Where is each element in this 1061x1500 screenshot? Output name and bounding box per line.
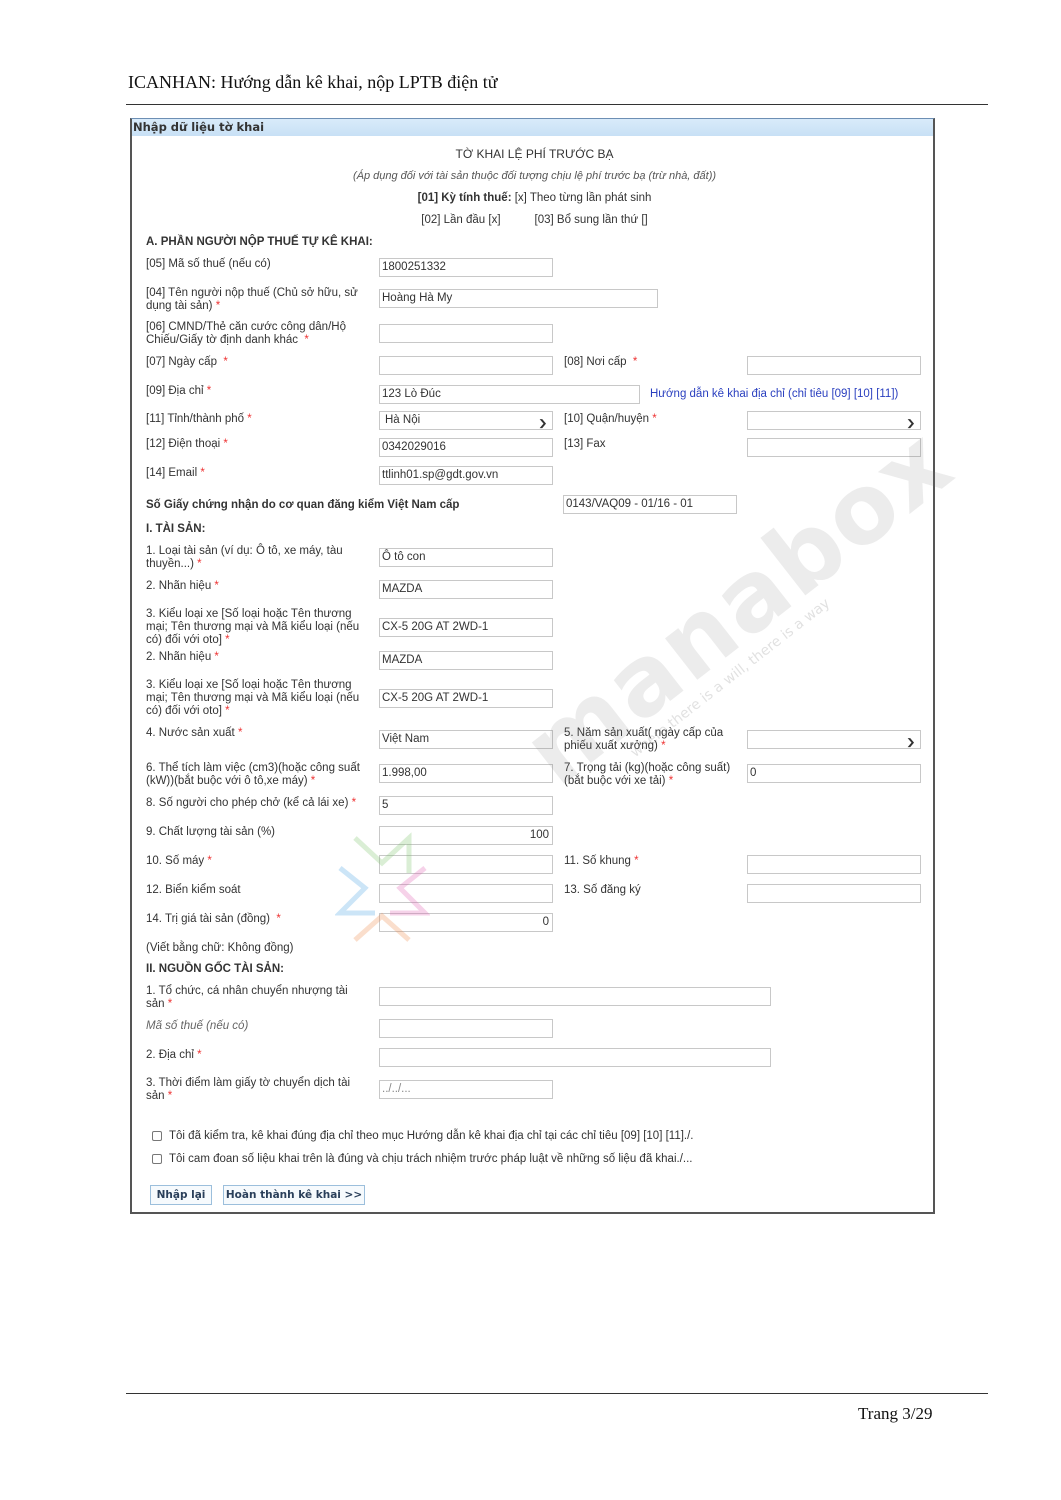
transferor-address-label: 2. Địa chỉ * (146, 1049, 202, 1062)
transferor-tax-code-label: Mã số thuế (nếu có) (146, 1020, 248, 1033)
manufacture-year-select[interactable]: ❯ (747, 730, 921, 749)
tax-period-value: [x] Theo từng lần phát sinh (515, 192, 652, 204)
brand-label: 2. Nhãn hiệu * (146, 580, 219, 593)
section-assets-title: I. TÀI SẢN: (146, 523, 205, 535)
confirm-address-row[interactable]: Tôi đã kiểm tra, kê khai đúng địa chỉ th… (152, 1130, 694, 1142)
value-in-words: (Viết bằng chữ: Không đồng) (146, 942, 294, 955)
confirm-address-checkbox[interactable] (152, 1131, 162, 1141)
id-number-input[interactable] (379, 324, 553, 343)
supplement-flag: [03] Bổ sung lần thứ [] (535, 214, 648, 226)
id-number-label: [06] CMND/Thẻ căn cước công dân/Hộ Chiếu… (146, 321, 361, 347)
chassis-number-input[interactable] (747, 855, 921, 874)
registration-number-input[interactable] (747, 884, 921, 903)
declaration-panel: Nhập dữ liệu tờ khai TỜ KHAI LỆ PHÍ TRƯỚ… (130, 118, 935, 1214)
plate-number-input[interactable] (379, 884, 553, 903)
email-input[interactable]: ttlinh01.sp@gdt.gov.vn (379, 466, 553, 485)
asset-type-input[interactable]: Ô tô con (379, 548, 553, 567)
tax-code-label: [05] Mã số thuế (nếu có) (146, 258, 271, 271)
transferor-address-input[interactable] (379, 1048, 771, 1067)
brand-label-2: 2. Nhãn hiệu * (146, 651, 219, 664)
fax-label: [13] Fax (564, 438, 606, 451)
page-number: Trang 3/29 (858, 1404, 932, 1424)
tax-code-input[interactable]: 1800251332 (379, 258, 553, 277)
document-header: ICANHAN: Hướng dẫn kê khai, nộp LPTB điệ… (128, 72, 498, 93)
reset-button[interactable]: Nhập lại (150, 1185, 212, 1205)
engine-capacity-input[interactable]: 1.998,00 (379, 764, 553, 783)
phone-input[interactable]: 0342029016 (379, 438, 553, 457)
model-label-2: 3. Kiểu loại xe [Số loại hoặc Tên thương… (146, 679, 361, 718)
chevron-down-icon: ❯ (906, 734, 916, 749)
tax-period: [01] Kỳ tính thuế: [x] Theo từng lần phá… (132, 192, 937, 204)
chevron-down-icon: ❯ (538, 415, 548, 430)
origin-country-label: 4. Nước sản xuất * (146, 727, 242, 740)
transferor-input[interactable] (379, 987, 771, 1006)
issue-place-label: [08] Nơi cấp * (564, 356, 637, 369)
header-divider (126, 104, 988, 105)
seats-input[interactable]: 5 (379, 796, 553, 815)
form-title: TỜ KHAI LỆ PHÍ TRƯỚC BẠ (132, 147, 937, 161)
chassis-number-label: 11. Số khung * (564, 855, 639, 868)
manufacture-year-label: 5. Năm sản xuất( ngày cấp của phiếu xuất… (564, 727, 734, 753)
confirm-accuracy-label: Tôi cam đoan số liệu khai trên là đúng v… (169, 1153, 692, 1165)
asset-type-label: 1. Loại tài sản (ví dụ: Ô tô, xe máy, tà… (146, 545, 361, 571)
address-label: [09] Địa chỉ * (146, 385, 211, 398)
quality-input[interactable]: 100 (379, 826, 553, 845)
footer-divider (126, 1393, 988, 1394)
certificate-label: Số Giấy chứng nhận do cơ quan đăng kiểm … (146, 499, 459, 512)
issue-date-input[interactable] (379, 356, 553, 375)
panel-title: Nhập dữ liệu tờ khai (132, 119, 933, 136)
email-label: [14] Email * (146, 467, 205, 480)
district-select[interactable]: ❯ (747, 411, 921, 430)
complete-declaration-button[interactable]: Hoàn thành kê khai >> (223, 1185, 365, 1205)
payload-label: 7. Trọng tải (kg)(hoặc công suất) (bắt b… (564, 762, 739, 788)
confirm-address-label: Tôi đã kiểm tra, kê khai đúng địa chỉ th… (169, 1130, 694, 1142)
address-input[interactable]: 123 Lò Đúc (379, 385, 640, 404)
taxpayer-name-label: [04] Tên người nộp thuế (Chủ sở hữu, sử … (146, 287, 361, 313)
brand-input-2[interactable]: MAZDA (379, 651, 553, 670)
declaration-flags: [02] Lần đầu [x][03] Bổ sung lần thứ [] (132, 214, 937, 226)
fax-input[interactable] (747, 438, 921, 457)
chevron-down-icon: ❯ (906, 415, 916, 430)
section-origin-title: II. NGUỒN GỐC TÀI SẢN: (146, 963, 284, 975)
transfer-date-label: 3. Thời điểm làm giấy tờ chuyển dịch tài… (146, 1077, 361, 1103)
origin-country-input[interactable]: Việt Nam (379, 730, 553, 749)
district-label: [10] Quận/huyện * (564, 413, 657, 426)
model-input-2[interactable]: CX-5 20G AT 2WD-1 (379, 689, 553, 708)
seats-label: 8. Số người cho phép chở (kể cả lái xe) … (146, 797, 356, 810)
province-select[interactable]: Hà Nội ❯ (379, 411, 553, 430)
asset-value-label: 14. Trị giá tài sản (đồng) * (146, 913, 281, 926)
plate-number-label: 12. Biển kiểm soát (146, 884, 241, 897)
confirm-accuracy-row[interactable]: Tôi cam đoan số liệu khai trên là đúng v… (152, 1153, 692, 1165)
confirm-accuracy-checkbox[interactable] (152, 1154, 162, 1164)
transfer-date-input[interactable]: ../../... (379, 1080, 553, 1099)
taxpayer-name-input[interactable]: Hoàng Hà My (379, 289, 658, 308)
model-input[interactable]: CX-5 20G AT 2WD-1 (379, 618, 553, 637)
phone-label: [12] Điện thoại * (146, 438, 228, 451)
asset-value-input[interactable]: 0 (379, 913, 553, 932)
registration-number-label: 13. Số đăng ký (564, 884, 641, 897)
province-label: [11] Tỉnh/thành phố * (146, 413, 252, 426)
form-subtitle: (Áp dụng đối với tài sản thuộc đối tượng… (132, 170, 937, 182)
brand-input[interactable]: MAZDA (379, 580, 553, 599)
transferor-label: 1. Tổ chức, cá nhân chuyển nhượng tài sả… (146, 985, 361, 1011)
quality-label: 9. Chất lượng tài sản (%) (146, 826, 275, 839)
issue-place-input[interactable] (747, 356, 921, 375)
section-a-title: A. PHẦN NGƯỜI NỘP THUẾ TỰ KÊ KHAI: (146, 236, 373, 248)
engine-capacity-label: 6. Thể tích làm việc (cm3)(hoặc công suấ… (146, 762, 366, 788)
issue-date-label: [07] Ngày cấp * (146, 356, 228, 369)
model-label: 3. Kiểu loại xe [Số loại hoặc Tên thương… (146, 608, 361, 647)
address-help-link[interactable]: Hướng dẫn kê khai địa chỉ (chỉ tiêu [09]… (650, 388, 898, 400)
tax-period-label: [01] Kỳ tính thuế: (418, 192, 512, 204)
engine-number-input[interactable] (379, 855, 553, 874)
engine-number-label: 10. Số máy * (146, 855, 212, 868)
first-time-flag: [02] Lần đầu [x] (421, 214, 500, 226)
payload-input[interactable]: 0 (747, 764, 921, 783)
transferor-tax-code-input[interactable] (379, 1019, 553, 1038)
certificate-input[interactable]: 0143/VAQ09 - 01/16 - 01 (563, 495, 737, 514)
